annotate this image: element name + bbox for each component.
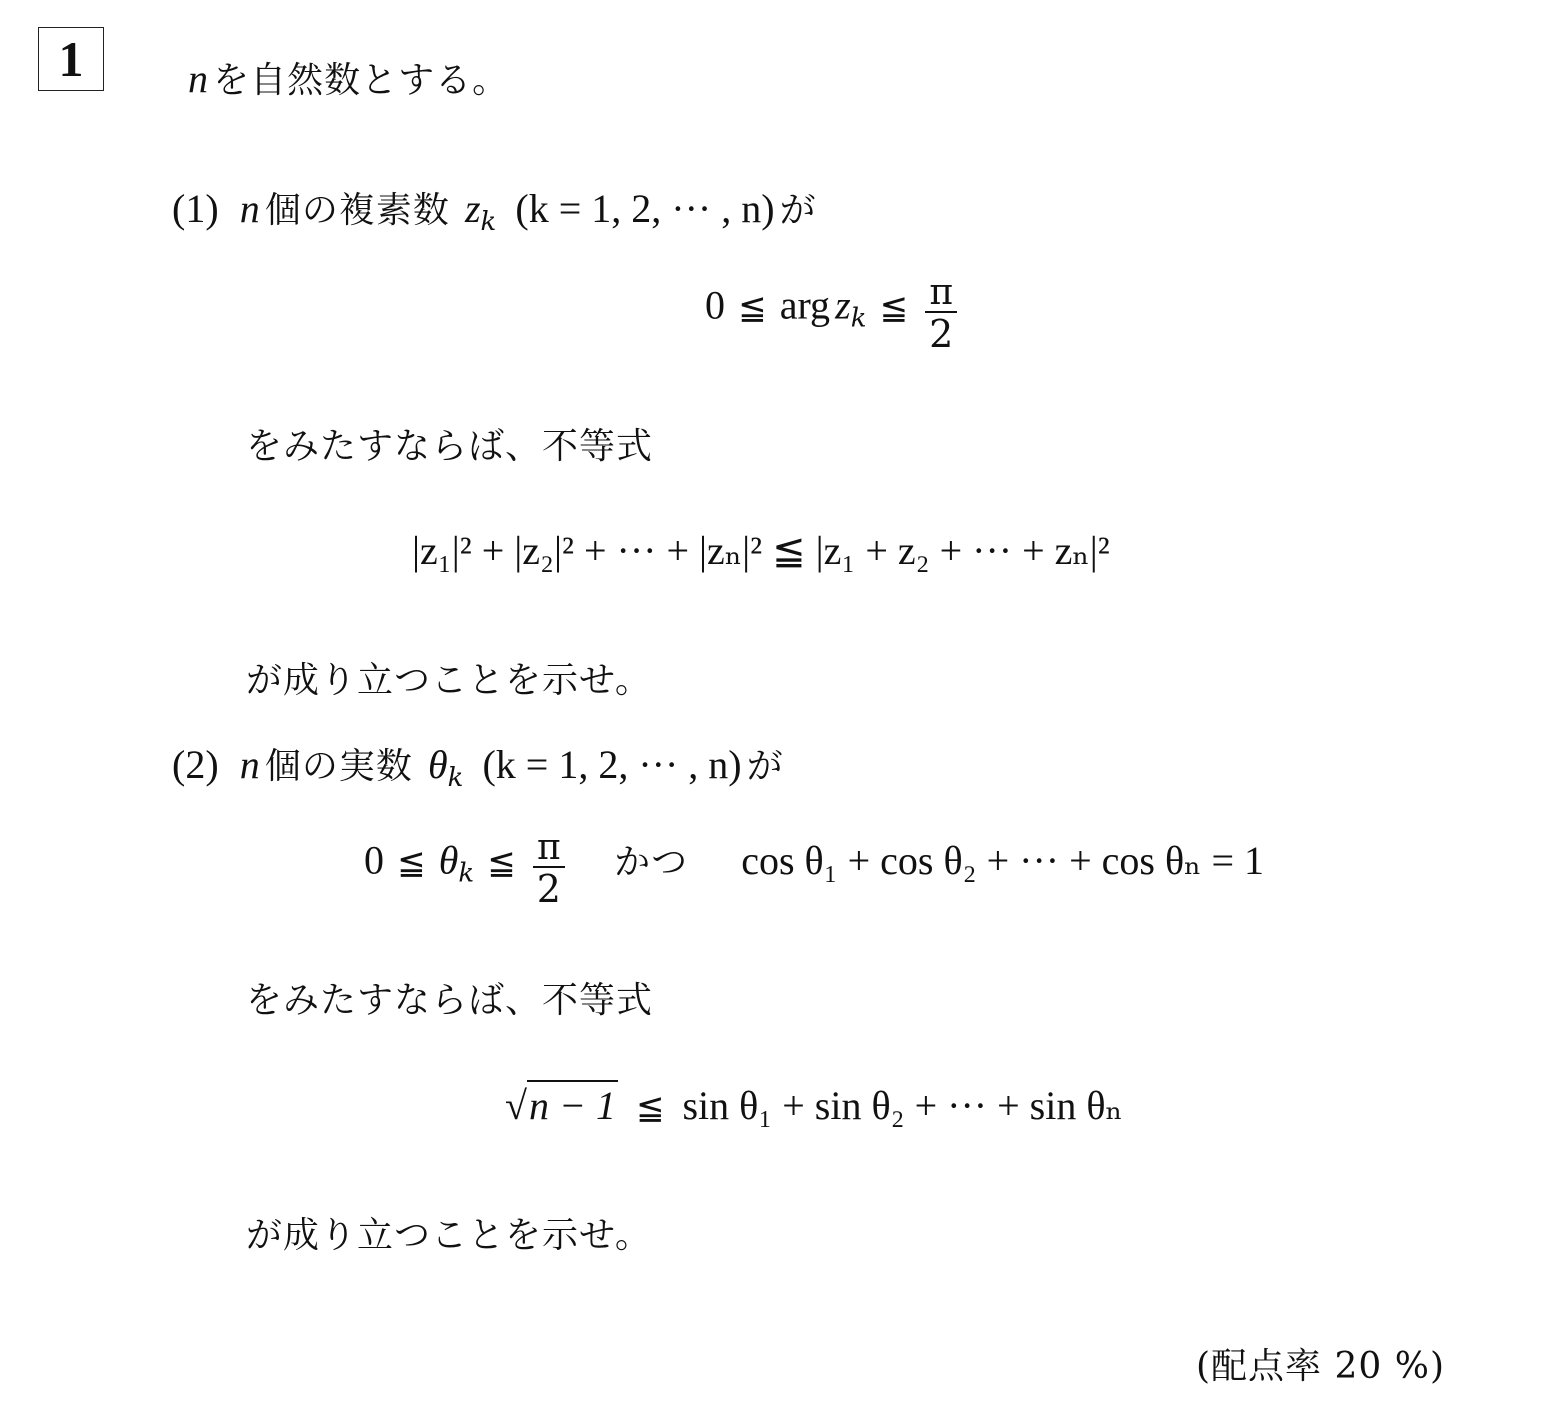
- leqq-symbol: ≦: [880, 288, 909, 328]
- part2-label: (2): [172, 742, 219, 787]
- leqq-symbol: ≦: [397, 843, 426, 883]
- part2-condition: 0 ≦ θk ≦ π 2 かつ cos θ₁ + cos θ₂ + ··· + …: [364, 830, 1264, 908]
- leqq-symbol: ≦: [738, 288, 767, 328]
- score-note: (配点率 20 %): [1196, 1338, 1445, 1389]
- fraction-pi-over-2: π 2: [533, 830, 565, 908]
- part1-label: (1): [172, 186, 219, 231]
- leqq-symbol: ≦: [487, 843, 516, 883]
- part2-heading: (2) n 個の実数 θk (k = 1, 2, ··· , n) が: [172, 738, 784, 789]
- part1-inequality: |z₁|² + |z₂|² + ··· + |zₙ|² ≦ |z₁ + z₂ +…: [412, 527, 1110, 574]
- problem-number: 1: [59, 30, 84, 88]
- part2-then-text: をみたすならば、不等式: [246, 972, 653, 1023]
- part1-then-text: をみたすならば、不等式: [246, 418, 653, 469]
- part1-condition: 0 ≦ arg zk ≦ π 2: [705, 275, 961, 353]
- part1-heading: (1) n 個の複素数 zk (k = 1, 2, ··· , n) が: [172, 182, 817, 233]
- problem-number-box: 1: [38, 27, 104, 91]
- problem-intro: n を自然数とする。: [188, 52, 509, 103]
- leqq-symbol: ≦: [636, 1088, 665, 1128]
- fraction-pi-over-2: π 2: [925, 275, 957, 353]
- part1-prove-text: が成り立つことを示せ。: [246, 652, 652, 703]
- sqrt-symbol: √: [505, 1083, 527, 1128]
- part2-inequality: √n − 1 ≦ sin θ₁ + sin θ₂ + ··· + sin θₙ: [505, 1080, 1123, 1129]
- part2-prove-text: が成り立つことを示せ。: [246, 1207, 652, 1258]
